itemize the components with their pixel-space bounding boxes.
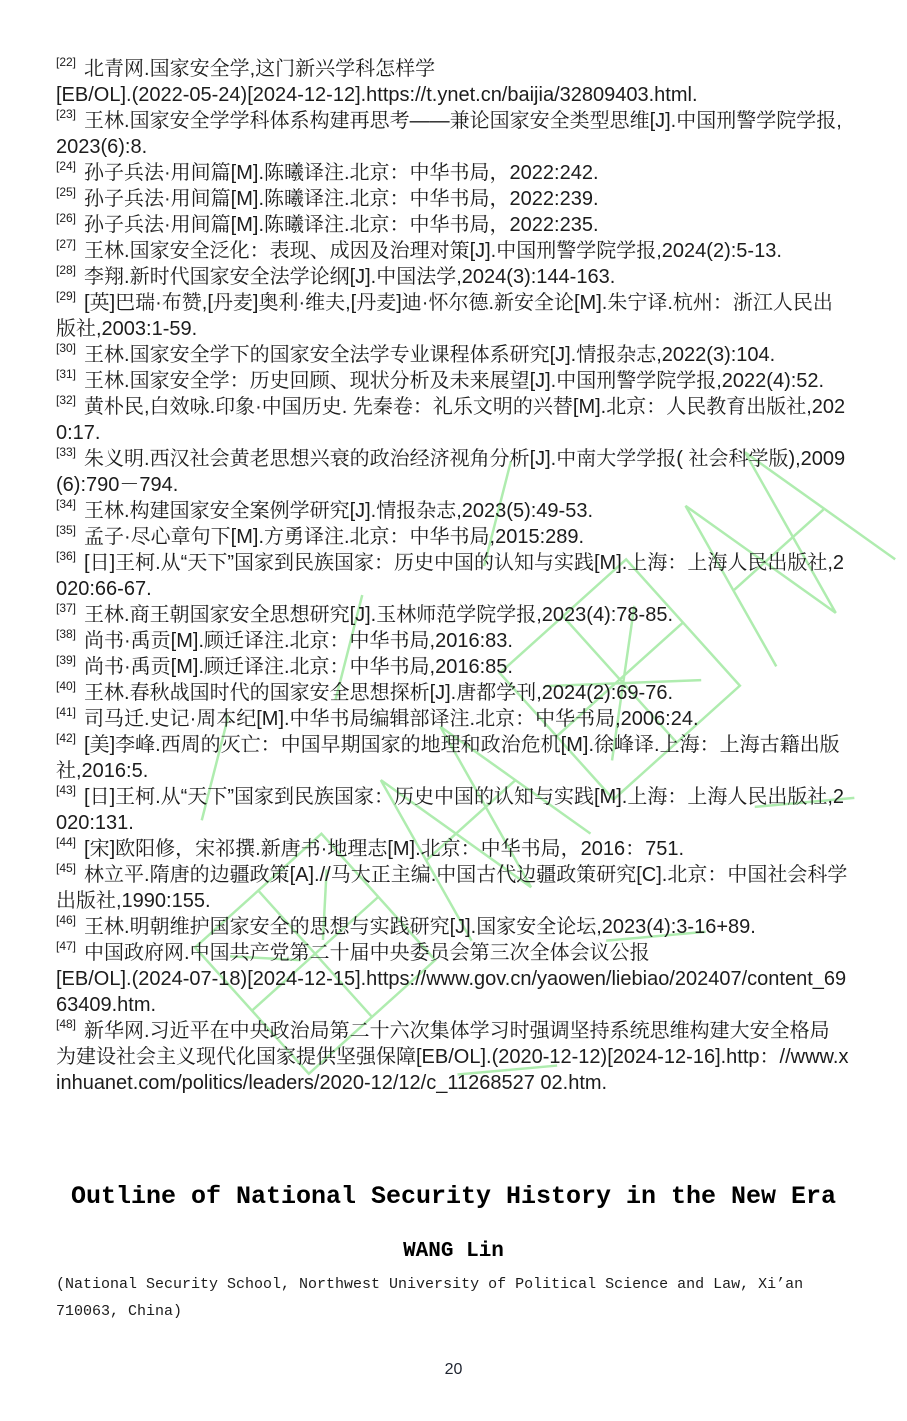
reference-text: [美]李峰.西周的灭亡：中国早期国家的地理和政治危机[M].徐峰译.上海：上海古… — [56, 734, 840, 782]
reference-text: 朱义明.西汉社会黄老思想兴衰的政治经济视角分析[J].中南大学学报( 社会科学版… — [56, 448, 845, 496]
reference-item: [25]孙子兵法·用间篇[M].陈曦译注.北京：中华书局，2022:239. — [56, 186, 851, 212]
reference-item: [37]王林.商王朝国家安全思想研究[J].玉林师范学院学报,2023(4):7… — [56, 602, 851, 628]
references-page: [22]北青网.国家安全学,这门新兴学科怎样学 [EB/OL].(2022-05… — [0, 0, 851, 1325]
reference-item: [24]孙子兵法·用间篇[M].陈曦译注.北京：中华书局，2022:242. — [56, 160, 851, 186]
reference-item: [26]孙子兵法·用间篇[M].陈曦译注.北京：中华书局，2022:235. — [56, 212, 851, 238]
reference-item: [48]新华网.习近平在中央政治局第二十六次集体学习时强调坚持系统思维构建大安全… — [56, 1018, 851, 1096]
reference-text: 尚书·禹贡[M].顾迁译注.北京：中华书局,2016:83. — [84, 630, 513, 652]
reference-text: 孙子兵法·用间篇[M].陈曦译注.北京：中华书局，2022:239. — [84, 188, 599, 210]
reference-number: [24] — [56, 160, 76, 172]
reference-item: [30]王林.国家安全学下的国家安全法学专业课程体系研究[J].情报杂志,202… — [56, 342, 851, 368]
reference-item: [36][日]王柯.从“天下”国家到民族国家：历史中国的认知与实践[M].上海：… — [56, 550, 851, 602]
reference-number: [47] — [56, 940, 76, 952]
reference-item: [44][宋]欧阳修，宋祁撰.新唐书·地理志[M].北京：中华书局，2016：7… — [56, 836, 851, 862]
reference-number: [41] — [56, 706, 76, 718]
reference-number: [42] — [56, 732, 76, 744]
english-section: Outline of National Security History in … — [56, 1180, 851, 1325]
reference-item: [43][日]王柯.从“天下”国家到民族国家：历史中国的认知与实践[M].上海：… — [56, 784, 851, 836]
reference-number: [22] — [56, 56, 76, 68]
reference-text: 尚书·禹贡[M].顾迁译注.北京：中华书局,2016:85. — [84, 656, 513, 678]
reference-number: [34] — [56, 498, 76, 510]
reference-number: [39] — [56, 654, 76, 666]
reference-text: 新华网.习近平在中央政治局第二十六次集体学习时强调坚持系统思维构建大安全格局 为… — [56, 1020, 848, 1094]
reference-text: 孟子·尽心章句下[M].方勇译注.北京：中华书局,2015:289. — [84, 526, 584, 548]
reference-item: [23]王林.国家安全学学科体系构建再思考——兼论国家安全类型思维[J].中国刑… — [56, 108, 851, 160]
reference-number: [35] — [56, 524, 76, 536]
reference-item: [33]朱义明.西汉社会黄老思想兴衰的政治经济视角分析[J].中南大学学报( 社… — [56, 446, 851, 498]
english-author: WANG Lin — [56, 1240, 851, 1264]
reference-number: [48] — [56, 1018, 76, 1030]
reference-item: [28]李翔.新时代国家安全法学论纲[J].中国法学,2024(3):144-1… — [56, 264, 851, 290]
reference-item: [46]王林.明朝维护国家安全的思想与实践研究[J].国家安全论坛,2023(4… — [56, 914, 851, 940]
reference-item: [29][英]巴瑞·布赞,[丹麦]奥利·维夫,[丹麦]迪·怀尔德.新安全论[M]… — [56, 290, 851, 342]
reference-text: [日]王柯.从“天下”国家到民族国家：历史中国的认知与实践[M].上海：上海人民… — [56, 552, 844, 600]
reference-number: [32] — [56, 394, 76, 406]
reference-number: [43] — [56, 784, 76, 796]
reference-item: [41]司马迁.史记·周本纪[M].中华书局编辑部译注.北京：中华书局,2006… — [56, 706, 851, 732]
reference-text: 王林.国家安全泛化：表现、成因及治理对策[J].中国刑警学院学报,2024(2)… — [84, 240, 782, 262]
reference-item: [39]尚书·禹贡[M].顾迁译注.北京：中华书局,2016:85. — [56, 654, 851, 680]
reference-text: 王林.明朝维护国家安全的思想与实践研究[J].国家安全论坛,2023(4):3-… — [84, 916, 756, 938]
reference-number: [40] — [56, 680, 76, 692]
reference-text: 黄朴民,白效咏.印象·中国历史. 先秦卷：礼乐文明的兴替[M].北京：人民教育出… — [56, 396, 845, 444]
reference-item: [27]王林.国家安全泛化：表现、成因及治理对策[J].中国刑警学院学报,202… — [56, 238, 851, 264]
reference-item: [22]北青网.国家安全学,这门新兴学科怎样学 [EB/OL].(2022-05… — [56, 56, 851, 108]
reference-number: [37] — [56, 602, 76, 614]
reference-number: [27] — [56, 238, 76, 250]
reference-number: [28] — [56, 264, 76, 276]
reference-item: [40]王林.春秋战国时代的国家安全思想探析[J].唐都学刊,2024(2):6… — [56, 680, 851, 706]
english-title: Outline of National Security History in … — [56, 1180, 851, 1214]
reference-text: 孙子兵法·用间篇[M].陈曦译注.北京：中华书局，2022:242. — [84, 162, 599, 184]
reference-text: [日]王柯.从“天下”国家到民族国家：历史中国的认知与实践[M].上海：上海人民… — [56, 786, 844, 834]
reference-number: [38] — [56, 628, 76, 640]
reference-text: 王林.国家安全学学科体系构建再思考——兼论国家安全类型思维[J].中国刑警学院学… — [56, 110, 842, 158]
reference-number: [33] — [56, 446, 76, 458]
english-affiliation: (National Security School, Northwest Uni… — [56, 1271, 851, 1325]
reference-number: [44] — [56, 836, 76, 848]
reference-number: [46] — [56, 914, 76, 926]
reference-number: [23] — [56, 108, 76, 120]
reference-number: [26] — [56, 212, 76, 224]
reference-number: [30] — [56, 342, 76, 354]
reference-number: [29] — [56, 290, 76, 302]
reference-item: [42][美]李峰.西周的灭亡：中国早期国家的地理和政治危机[M].徐峰译.上海… — [56, 732, 851, 784]
reference-text: 孙子兵法·用间篇[M].陈曦译注.北京：中华书局，2022:235. — [84, 214, 599, 236]
reference-number: [36] — [56, 550, 76, 562]
reference-item: [35]孟子·尽心章句下[M].方勇译注.北京：中华书局,2015:289. — [56, 524, 851, 550]
reference-item: [47]中国政府网.中国共产党第二十届中央委员会第三次全体会议公报 [EB/OL… — [56, 940, 851, 1018]
reference-number: [25] — [56, 186, 76, 198]
document-page: { "page": { "number": "20", "watermark_c… — [0, 0, 907, 1421]
reference-text: 司马迁.史记·周本纪[M].中华书局编辑部译注.北京：中华书局,2006:24. — [84, 708, 699, 730]
reference-text: 林立平.隋唐的边疆政策[A].//马大正主编.中国古代边疆政策研究[C].北京：… — [56, 864, 847, 912]
reference-text: 王林.构建国家安全案例学研究[J].情报杂志,2023(5):49-53. — [84, 500, 593, 522]
reference-number: [31] — [56, 368, 76, 380]
reference-text: [宋]欧阳修，宋祁撰.新唐书·地理志[M].北京：中华书局，2016：751. — [84, 838, 684, 860]
reference-item: [32]黄朴民,白效咏.印象·中国历史. 先秦卷：礼乐文明的兴替[M].北京：人… — [56, 394, 851, 446]
reference-number: [45] — [56, 862, 76, 874]
reference-text: [英]巴瑞·布赞,[丹麦]奥利·维夫,[丹麦]迪·怀尔德.新安全论[M].朱宁译… — [56, 292, 833, 340]
reference-text: 中国政府网.中国共产党第二十届中央委员会第三次全体会议公报 [EB/OL].(2… — [56, 942, 846, 1016]
reference-text: 李翔.新时代国家安全法学论纲[J].中国法学,2024(3):144-163. — [84, 266, 615, 288]
page-number: 20 — [0, 1361, 907, 1379]
reference-item: [31]王林.国家安全学：历史回顾、现状分析及未来展望[J].中国刑警学院学报,… — [56, 368, 851, 394]
reference-text: 王林.国家安全学：历史回顾、现状分析及未来展望[J].中国刑警学院学报,2022… — [84, 370, 824, 392]
reference-text: 北青网.国家安全学,这门新兴学科怎样学 [EB/OL].(2022-05-24)… — [56, 58, 698, 106]
reference-list: [22]北青网.国家安全学,这门新兴学科怎样学 [EB/OL].(2022-05… — [56, 56, 851, 1096]
reference-item: [34]王林.构建国家安全案例学研究[J].情报杂志,2023(5):49-53… — [56, 498, 851, 524]
reference-text: 王林.商王朝国家安全思想研究[J].玉林师范学院学报,2023(4):78-85… — [84, 604, 673, 626]
reference-text: 王林.春秋战国时代的国家安全思想探析[J].唐都学刊,2024(2):69-76… — [84, 682, 673, 704]
reference-text: 王林.国家安全学下的国家安全法学专业课程体系研究[J].情报杂志,2022(3)… — [84, 344, 775, 366]
reference-item: [45]林立平.隋唐的边疆政策[A].//马大正主编.中国古代边疆政策研究[C]… — [56, 862, 851, 914]
reference-item: [38]尚书·禹贡[M].顾迁译注.北京：中华书局,2016:83. — [56, 628, 851, 654]
